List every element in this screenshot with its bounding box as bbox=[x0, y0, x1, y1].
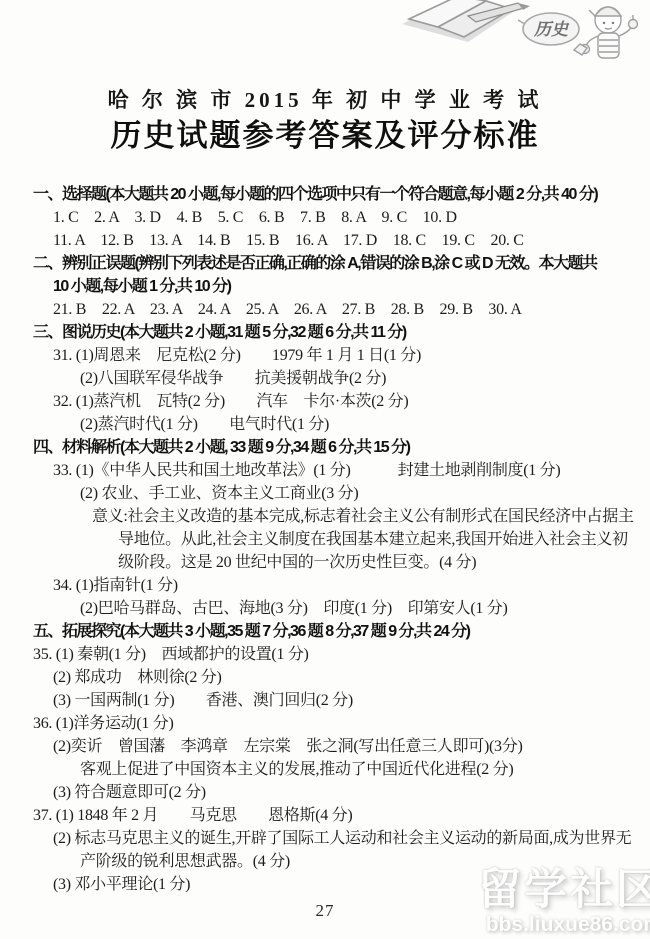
answer-line-34-2: (2)巴哈马群岛、古巴、海地(3 分) 印度(1 分) 印第安人(1 分) bbox=[80, 597, 640, 620]
answer-line-35-2: (2) 郑成功 林则徐(2 分) bbox=[53, 666, 640, 689]
answer-line-36-2: (2)奕䜣 曾国藩 李鸿章 左宗棠 张之洞(写出任意三人即可)(3分) bbox=[53, 735, 640, 758]
cartoon-student-icon bbox=[574, 7, 638, 58]
answer-line-33-2: (2) 农业、手工业、资本主义工商业(3 分) bbox=[80, 482, 640, 505]
header-illustration: 历史 bbox=[396, 0, 648, 64]
answers-row-11-20: 11. A 12. B 13. A 14. B 15. B 16. A 17. … bbox=[53, 229, 640, 252]
answers-row-21-30: 21. B 22. A 23. A 24. A 25. A 26. A 27. … bbox=[53, 298, 640, 321]
answer-line-34-1: 34. (1)指南针(1 分) bbox=[53, 574, 640, 597]
answers-row-1-10: 1. C 2. A 3. D 4. B 5. C 6. B 7. B 8. A … bbox=[53, 206, 640, 229]
scanned-exam-answer-page: 历史 哈 尔 滨 市 201 bbox=[0, 0, 650, 939]
watermark-site-url: bbs.liuxue86.com bbox=[478, 914, 650, 935]
answer-line-36-1: 36. (1)洋务运动(1 分) bbox=[33, 712, 640, 735]
history-bubble-label: 历史 bbox=[533, 20, 570, 39]
section2-heading-line1: 二、辨别正误题(辨别下列表述是否正确,正确的涂 A,错误的涂 B,涂 C 或 D… bbox=[33, 252, 640, 275]
history-speech-bubble: 历史 bbox=[518, 13, 579, 45]
answer-line-33-meaning-2: 导地位。从此,社会主义制度在我国基本建立起来,我国开始进入社会主义初 bbox=[118, 528, 640, 551]
answer-line-36-2-continued: 客观上促进了中国资本主义的发展,推动了中国近代化进程(2 分) bbox=[80, 758, 640, 781]
answer-line-36-3: (3) 符合题意即可(2 分) bbox=[53, 781, 640, 804]
answer-line-33-meaning-1: 意义:社会主义改造的基本完成,标志着社会主义公有制形式在国民经济中占据主 bbox=[92, 505, 640, 528]
section5-heading: 五、拓展探究(本大题共 3 小题,35 题 7 分,36 题 8 分,37 题 … bbox=[33, 620, 640, 643]
answer-line-37-1: 37. (1) 1848 年 2 月 马克思 恩格斯(4 分) bbox=[33, 804, 640, 827]
watermark-site-name: 留学社区 bbox=[478, 869, 650, 912]
section3-heading: 三、图说历史(本大题共 2 小题,31 题 5 分,32 题 6 分,共 11 … bbox=[33, 321, 640, 344]
site-watermark: 留学社区 bbs.liuxue86.com bbox=[478, 869, 650, 935]
header-illustration-svg: 历史 bbox=[396, 0, 648, 64]
answer-key-content: 一、选择题(本大题共 20 小题,每小题的四个选项中只有一个符合题意,每小题 2… bbox=[33, 183, 640, 896]
answer-line-37-2: (2) 标志马克思主义的诞生,开辟了国际工人运动和社会主义运动的新局面,成为世界… bbox=[53, 827, 640, 850]
exam-title-line2: 历史试题参考答案及评分标准 bbox=[0, 110, 650, 155]
section2-heading-line2: 10 小题,每小题 1 分,共 10 分) bbox=[53, 275, 640, 298]
answer-line-31-1: 31. (1)周恩来 尼克松(2 分) 1979 年 1 月 1 日(1 分) bbox=[53, 344, 640, 367]
answer-line-32-1: 32. (1)蒸汽机 瓦特(2 分) 汽车 卡尔·本茨(2 分) bbox=[53, 390, 640, 413]
answer-line-35-3: (3) 一国两制(1 分) 香港、澳门回归(2 分) bbox=[53, 689, 640, 712]
answer-line-33-meaning-3: 级阶段。这是 20 世纪中国的一次历史性巨变。(4 分) bbox=[118, 551, 640, 574]
answer-line-31-2: (2)八国联军侵华战争 抗美援朝战争(2 分) bbox=[80, 367, 640, 390]
answer-line-35-1: 35. (1) 秦朝(1 分) 西域都护的设置(1 分) bbox=[33, 643, 640, 666]
open-book-pencil-icon bbox=[402, 0, 530, 42]
section1-heading: 一、选择题(本大题共 20 小题,每小题的四个选项中只有一个符合题意,每小题 2… bbox=[33, 183, 640, 206]
section4-heading: 四、材料解析(本大题共 2 小题, 33 题 9 分,34 题 6 分,共 15… bbox=[33, 436, 640, 459]
answer-line-32-2: (2)蒸汽时代(1 分) 电气时代(1 分) bbox=[80, 413, 640, 436]
answer-line-33-1: 33. (1)《中华人民共和国土地改革法》(1 分) 封建土地剥削制度(1 分) bbox=[53, 459, 640, 482]
